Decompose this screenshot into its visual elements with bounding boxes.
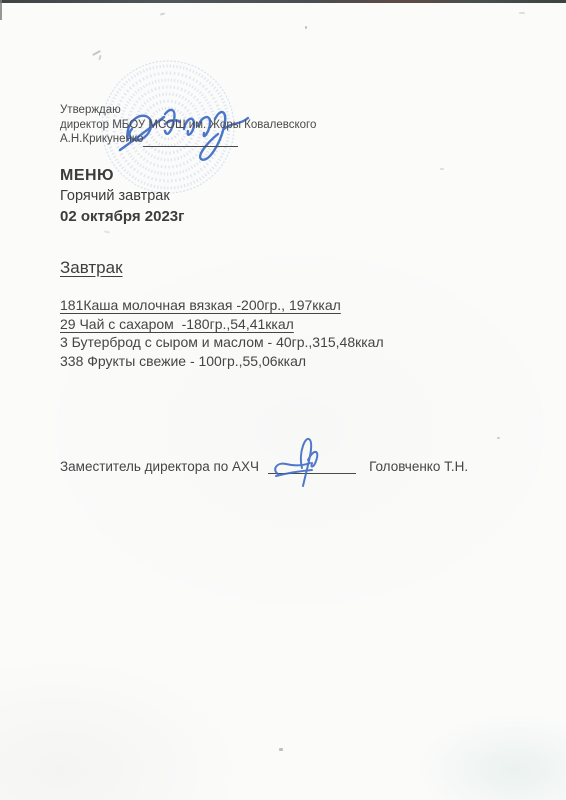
menu-item: 181Каша молочная вязкая -200гр., 197ккал: [60, 296, 384, 315]
menu-item: 338 Фрукты свежие - 100гр.,55,06ккал: [60, 352, 384, 371]
deputy-role: Заместитель директора по АХЧ: [60, 459, 259, 474]
paper-speck: [279, 748, 283, 751]
section-heading: Завтрак: [60, 258, 123, 278]
approval-block: Утверждаю директор МБОУ МСОШ им. Жоры Ко…: [60, 103, 316, 147]
scanned-document-page: Утверждаю директор МБОУ МСОШ им. Жоры Ко…: [0, 0, 566, 800]
approval-line-2: директор МБОУ МСОШ им. Жоры Ковалевского: [60, 118, 316, 133]
approval-line-1: Утверждаю: [60, 103, 316, 118]
scanner-edge-artifact-left: [0, 0, 2, 20]
menu-item: 29 Чай с сахаром -180гр.,54,41ккал: [60, 315, 384, 334]
director-name: А.Н.Крикуненко: [60, 132, 143, 147]
menu-title: МЕНЮ: [60, 166, 184, 185]
paper-speck: [497, 437, 500, 439]
deputy-name: Головченко Т.Н.: [369, 459, 468, 474]
scanner-edge-artifact-top: [0, 0, 566, 3]
signature-line: [143, 134, 238, 147]
menu-item: 3 Бутерброд с сыром и маслом - 40гр.,315…: [60, 333, 384, 352]
menu-date: 02 октября 2023г: [60, 207, 184, 226]
menu-items-list: 181Каша молочная вязкая -200гр., 197ккал…: [60, 296, 384, 371]
deputy-signature-icon: [270, 430, 344, 492]
title-block: МЕНЮ Горячий завтрак 02 октября 2023г: [60, 166, 184, 226]
paper-speck: [160, 12, 165, 15]
signoff-row: Заместитель директора по АХЧ Головченко …: [60, 459, 468, 474]
paper-speck: [440, 168, 444, 170]
menu-subtitle: Горячий завтрак: [60, 187, 184, 206]
paper-speck: [104, 230, 110, 233]
paper-speck: [519, 12, 525, 14]
paper-speck: [305, 26, 307, 29]
